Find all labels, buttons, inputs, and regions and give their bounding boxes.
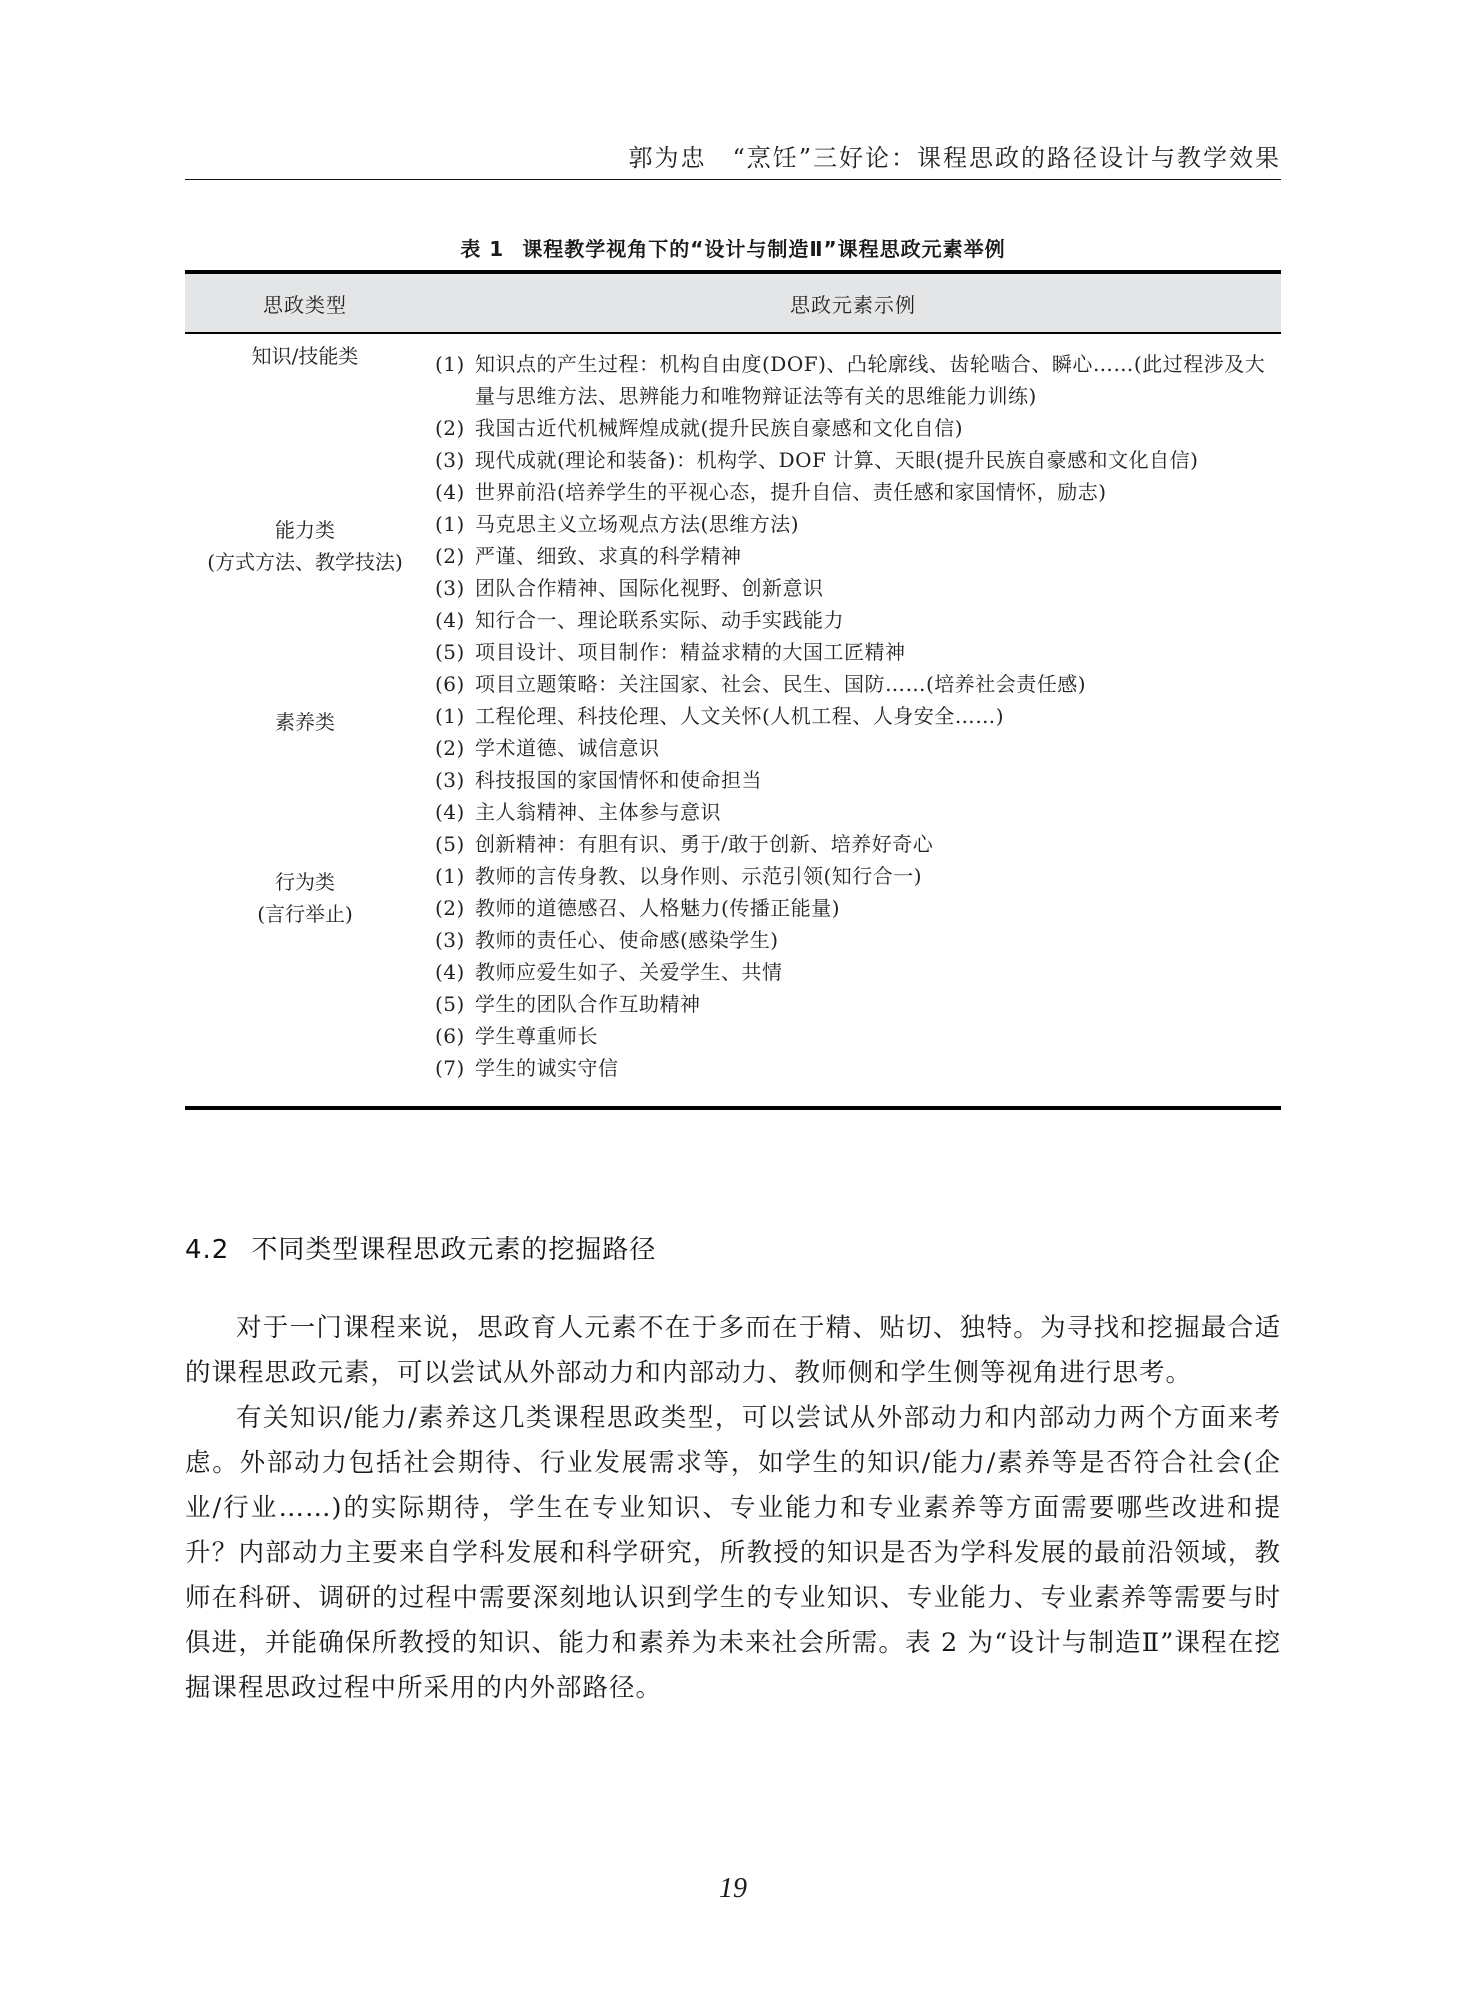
item-number: (1)	[435, 700, 465, 732]
body-text: 对于一门课程来说，思政育人元素不在于多而在于精、贴切、独特。为寻找和挖掘最合适的…	[185, 1306, 1281, 1711]
item-text: 学生的诚实守信	[475, 1056, 619, 1080]
section-title: 不同类型课程思政元素的挖掘路径	[251, 1235, 656, 1265]
item-text: 世界前沿(培养学生的平视心态，提升自信、责任感和家国情怀，励志)	[475, 480, 1107, 504]
type-label: 素养类	[275, 710, 335, 734]
item-number: (3)	[435, 924, 465, 956]
type-sublabel: (方式方法、教学技法)	[185, 546, 425, 578]
item-text: 马克思主义立场观点方法(思维方法)	[475, 512, 799, 536]
example-list: (1)工程伦理、科技伦理、人文关怀(人机工程、人身安全……) (2)学术道德、诚…	[425, 700, 1281, 860]
example-item: (2)教师的道德感召、人格魅力(传播正能量)	[435, 892, 1281, 924]
paragraph: 对于一门课程来说，思政育人元素不在于多而在于精、贴切、独特。为寻找和挖掘最合适的…	[185, 1306, 1281, 1396]
item-text: 科技报国的家国情怀和使命担当	[475, 768, 762, 792]
item-number: (1)	[435, 348, 465, 380]
example-item: (5)学生的团队合作互助精神	[435, 988, 1281, 1020]
type-cell: 知识/技能类	[185, 333, 425, 508]
paragraph: 有关知识/能力/素养这几类课程思政类型，可以尝试从外部动力和内部动力两个方面来考…	[185, 1396, 1281, 1711]
example-item: (4)主人翁精神、主体参与意识	[435, 796, 1281, 828]
table-row-literacy: 素养类 (1)工程伦理、科技伦理、人文关怀(人机工程、人身安全……) (2)学术…	[185, 700, 1281, 860]
table-row-behavior: 行为类 (言行举止) (1)教师的言传身教、以身作则、示范引领(知行合一) (2…	[185, 860, 1281, 1108]
type-cell: 素养类	[185, 700, 425, 860]
running-header-title: “烹饪”三好论：课程思政的路径设计与教学效果	[732, 144, 1281, 172]
example-item: (1)知识点的产生过程：机构自由度(DOF)、凸轮廓线、齿轮啮合、瞬心……(此过…	[435, 348, 1281, 412]
item-text: 知行合一、理论联系实际、动手实践能力	[475, 608, 844, 632]
table-row-knowledge: 知识/技能类 (1)知识点的产生过程：机构自由度(DOF)、凸轮廓线、齿轮啮合、…	[185, 333, 1281, 508]
item-number: (4)	[435, 956, 465, 988]
item-text: 项目设计、项目制作：精益求精的大国工匠精神	[475, 640, 906, 664]
examples-cell: (1)马克思主义立场观点方法(思维方法) (2)严谨、细致、求真的科学精神 (3…	[425, 508, 1281, 700]
example-item: (4)世界前沿(培养学生的平视心态，提升自信、责任感和家国情怀，励志)	[435, 476, 1281, 508]
item-text: 严谨、细致、求真的科学精神	[475, 544, 742, 568]
item-text: 教师的道德感召、人格魅力(传播正能量)	[475, 896, 840, 920]
item-number: (2)	[435, 412, 465, 444]
item-text: 现代成就(理论和装备)：机构学、DOF 计算、天眼(提升民族自豪感和文化自信)	[475, 448, 1198, 472]
item-number: (4)	[435, 476, 465, 508]
item-text: 我国古近代机械辉煌成就(提升民族自豪感和文化自信)	[475, 416, 963, 440]
header-rule	[185, 179, 1281, 180]
example-item: (2)学术道德、诚信意识	[435, 732, 1281, 764]
item-text: 团队合作精神、国际化视野、创新意识	[475, 576, 824, 600]
ideology-elements-table: 思政类型 思政元素示例 知识/技能类 (1)知识点的产生过程：机构自由度(DOF…	[185, 270, 1281, 1110]
example-item: (2)我国古近代机械辉煌成就(提升民族自豪感和文化自信)	[435, 412, 1281, 444]
example-item: (1)教师的言传身教、以身作则、示范引领(知行合一)	[435, 860, 1281, 892]
table-row-ability: 能力类 (方式方法、教学技法) (1)马克思主义立场观点方法(思维方法) (2)…	[185, 508, 1281, 700]
example-list: (1)教师的言传身教、以身作则、示范引领(知行合一) (2)教师的道德感召、人格…	[425, 860, 1281, 1084]
item-number: (2)	[435, 732, 465, 764]
item-text: 教师应爱生如子、关爱学生、共情	[475, 960, 783, 984]
item-number: (2)	[435, 540, 465, 572]
example-item: (3)团队合作精神、国际化视野、创新意识	[435, 572, 1281, 604]
example-item: (3)教师的责任心、使命感(感染学生)	[435, 924, 1281, 956]
running-header-author: 郭为忠	[628, 144, 706, 172]
item-number: (6)	[435, 1020, 465, 1052]
table-caption-label: 表 1	[460, 237, 504, 261]
type-sublabel: (言行举止)	[185, 898, 425, 930]
item-number: (4)	[435, 796, 465, 828]
examples-cell: (1)教师的言传身教、以身作则、示范引领(知行合一) (2)教师的道德感召、人格…	[425, 860, 1281, 1108]
item-text: 项目立题策略：关注国家、社会、民生、国防……(培养社会责任感)	[475, 672, 1086, 696]
example-item: (1)马克思主义立场观点方法(思维方法)	[435, 508, 1281, 540]
type-label: 知识/技能类	[252, 344, 359, 368]
example-item: (3)现代成就(理论和装备)：机构学、DOF 计算、天眼(提升民族自豪感和文化自…	[435, 444, 1281, 476]
item-text: 学术道德、诚信意识	[475, 736, 660, 760]
item-number: (5)	[435, 636, 465, 668]
item-number: (7)	[435, 1052, 465, 1084]
item-number: (2)	[435, 892, 465, 924]
running-header: 郭为忠“烹饪”三好论：课程思政的路径设计与教学效果	[185, 138, 1281, 173]
item-text: 学生尊重师长	[475, 1024, 598, 1048]
item-text: 知识点的产生过程：机构自由度(DOF)、凸轮廓线、齿轮啮合、瞬心……(此过程涉及…	[475, 352, 1265, 408]
example-item: (1)工程伦理、科技伦理、人文关怀(人机工程、人身安全……)	[435, 700, 1281, 732]
example-item: (6)学生尊重师长	[435, 1020, 1281, 1052]
item-number: (3)	[435, 444, 465, 476]
type-cell: 能力类 (方式方法、教学技法)	[185, 508, 425, 700]
item-number: (5)	[435, 988, 465, 1020]
item-text: 主人翁精神、主体参与意识	[475, 800, 721, 824]
column-header-type: 思政类型	[185, 272, 425, 333]
example-item: (4)知行合一、理论联系实际、动手实践能力	[435, 604, 1281, 636]
table-caption-text: 课程教学视角下的“设计与制造Ⅱ”课程思政元素举例	[522, 237, 1005, 261]
type-cell: 行为类 (言行举止)	[185, 860, 425, 1108]
example-item: (4)教师应爱生如子、关爱学生、共情	[435, 956, 1281, 988]
item-text: 教师的言传身教、以身作则、示范引领(知行合一)	[475, 864, 922, 888]
example-item: (6)项目立题策略：关注国家、社会、民生、国防……(培养社会责任感)	[435, 668, 1281, 700]
example-item: (7)学生的诚实守信	[435, 1052, 1281, 1084]
item-text: 工程伦理、科技伦理、人文关怀(人机工程、人身安全……)	[475, 704, 1004, 728]
section-number: 4.2	[185, 1235, 229, 1265]
table-header-row: 思政类型 思政元素示例	[185, 272, 1281, 333]
example-item: (5)项目设计、项目制作：精益求精的大国工匠精神	[435, 636, 1281, 668]
page-number: 19	[0, 1873, 1466, 1905]
example-list: (1)马克思主义立场观点方法(思维方法) (2)严谨、细致、求真的科学精神 (3…	[425, 508, 1281, 700]
item-number: (3)	[435, 572, 465, 604]
item-text: 教师的责任心、使命感(感染学生)	[475, 928, 779, 952]
example-list: (1)知识点的产生过程：机构自由度(DOF)、凸轮廓线、齿轮啮合、瞬心……(此过…	[425, 348, 1281, 508]
item-number: (4)	[435, 604, 465, 636]
type-label: 能力类	[185, 514, 425, 546]
table-caption: 表 1课程教学视角下的“设计与制造Ⅱ”课程思政元素举例	[185, 233, 1281, 262]
example-item: (3)科技报国的家国情怀和使命担当	[435, 764, 1281, 796]
item-number: (1)	[435, 860, 465, 892]
item-number: (5)	[435, 828, 465, 860]
item-number: (6)	[435, 668, 465, 700]
type-label: 行为类	[185, 866, 425, 898]
example-item: (5)创新精神：有胆有识、勇于/敢于创新、培养好奇心	[435, 828, 1281, 860]
example-item: (2)严谨、细致、求真的科学精神	[435, 540, 1281, 572]
column-header-examples: 思政元素示例	[425, 272, 1281, 333]
item-text: 学生的团队合作互助精神	[475, 992, 701, 1016]
examples-cell: (1)知识点的产生过程：机构自由度(DOF)、凸轮廓线、齿轮啮合、瞬心……(此过…	[425, 333, 1281, 508]
item-number: (3)	[435, 764, 465, 796]
item-number: (1)	[435, 508, 465, 540]
item-text: 创新精神：有胆有识、勇于/敢于创新、培养好奇心	[475, 832, 933, 856]
section-heading: 4.2不同类型课程思政元素的挖掘路径	[185, 1229, 656, 1266]
examples-cell: (1)工程伦理、科技伦理、人文关怀(人机工程、人身安全……) (2)学术道德、诚…	[425, 700, 1281, 860]
